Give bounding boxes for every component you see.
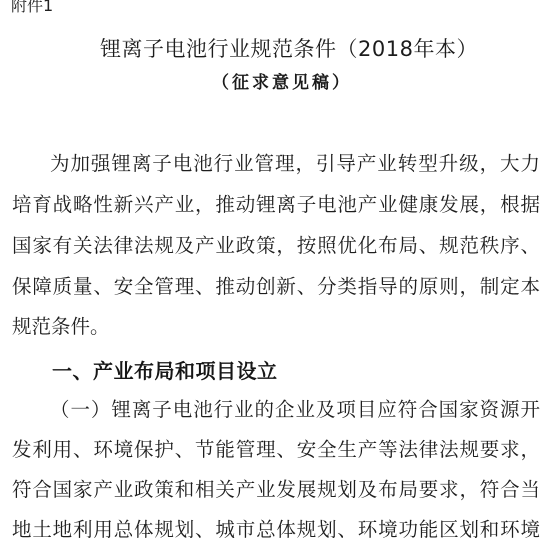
attachment-label: 附件1 [11,0,53,16]
paragraph-line: （一）锂离子电池行业的企业及项目应符合国家资源开 [50,396,540,424]
paragraph-line: 为加强锂离子电池行业管理，引导产业转型升级，大力 [50,150,540,178]
paragraph-line: 保障质量、安全管理、推动创新、分类指导的原则，制定本 [12,273,540,301]
paragraph-line: 国家有关法律法规及产业政策，按照优化布局、规范秩序、 [12,232,540,260]
paragraph-line: 发利用、环境保护、节能管理、安全生产等法律法规要求， [12,436,540,464]
document-subtitle: （征求意见稿） [0,70,550,96]
paragraph-line: 符合国家产业政策和相关产业发展规划及布局要求，符合当 [12,476,540,504]
document-title: 锂离子电池行业规范条件（2018年本） [0,34,550,64]
paragraph-line: 培育战略性新兴产业，推动锂离子电池产业健康发展，根据 [12,191,540,219]
paragraph-line: 地土地利用总体规划、城市总体规划、环境功能区划和环境 [12,516,540,543]
paragraph-line: 规范条件。 [12,313,540,341]
section-heading: 一、产业布局和项目设立 [52,357,278,385]
document-page: 附件1 锂离子电池行业规范条件（2018年本） （征求意见稿） 为加强锂离子电池… [0,0,550,543]
